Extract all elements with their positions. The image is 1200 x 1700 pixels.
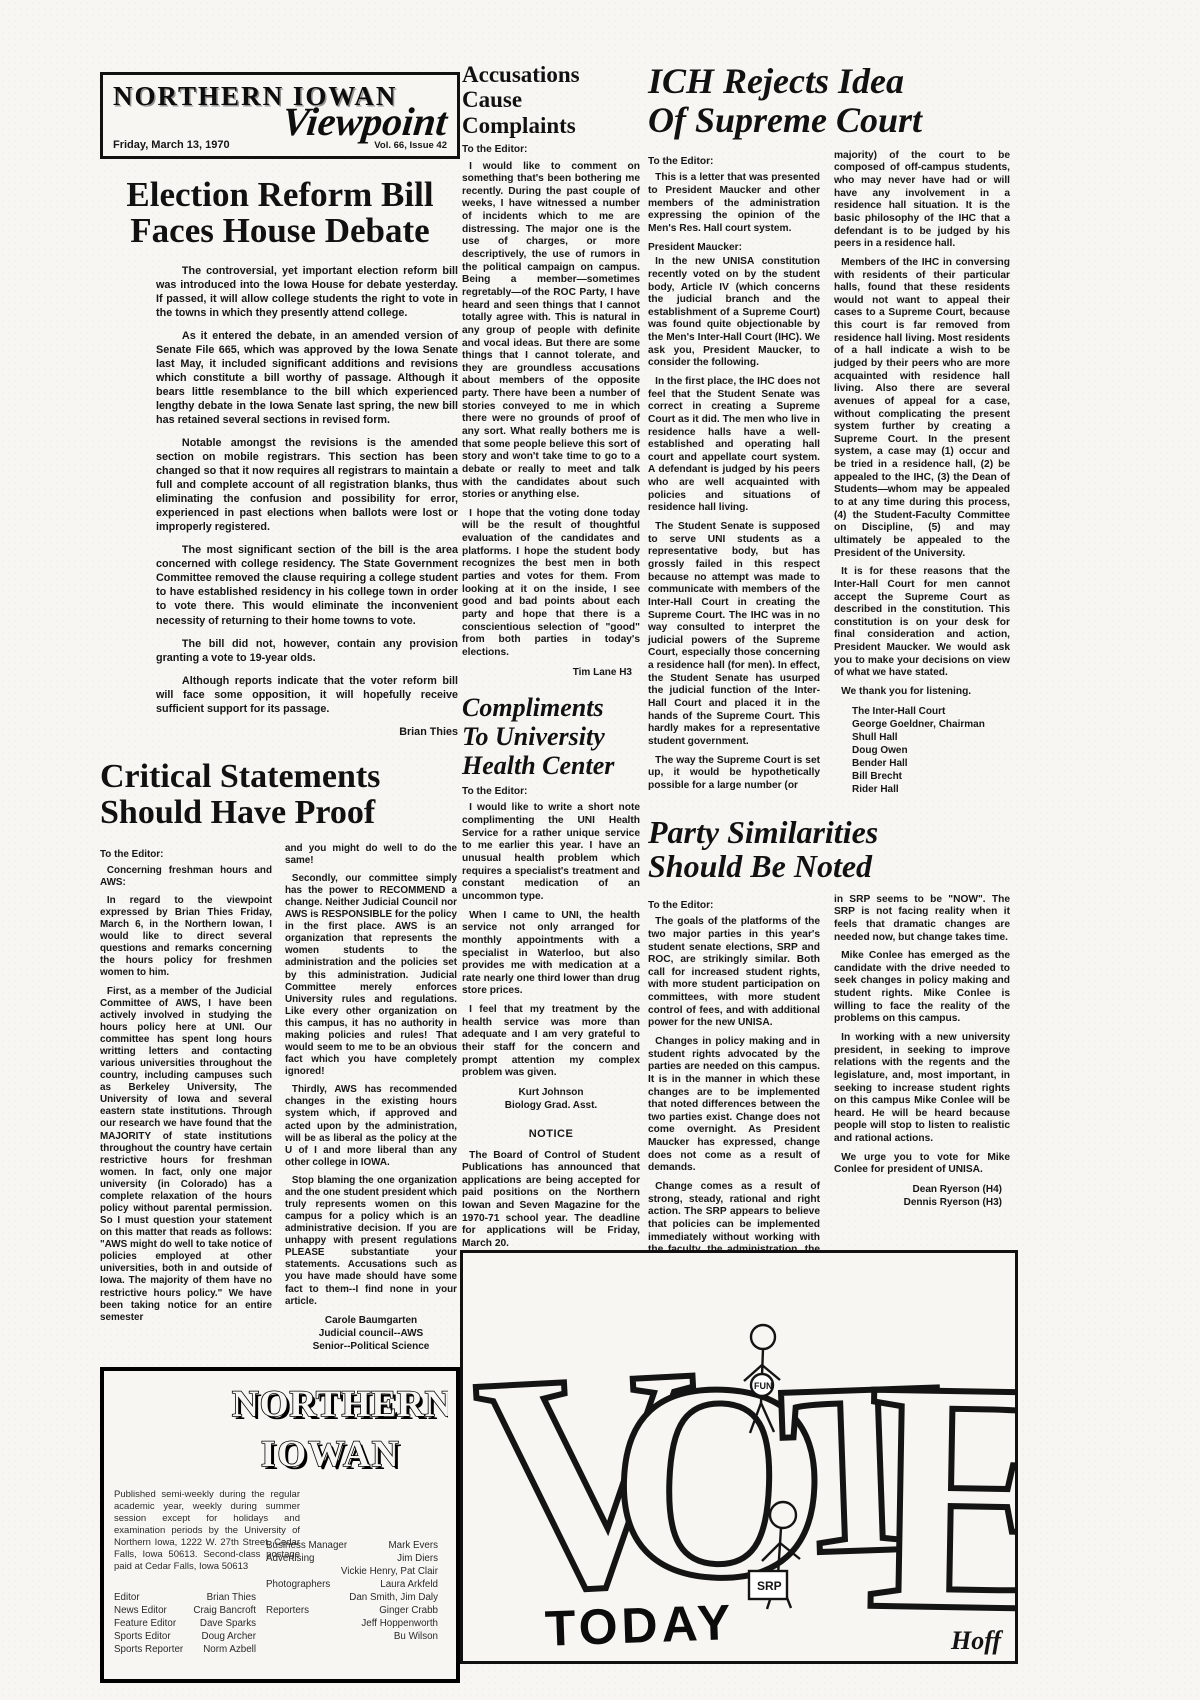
paragraph: As it entered the debate, in an amended … (156, 329, 458, 427)
artist-signature: Hoff (950, 1626, 1003, 1655)
party-column-a: To the Editor: The goals of the platform… (648, 894, 820, 1289)
compliments-headline: Compliments To University Health Center (462, 693, 640, 780)
critical-column-a: To the Editor: Concerning freshman hours… (100, 843, 272, 1353)
cartoon-caption: TODAY (544, 1594, 735, 1657)
article-compliments: Compliments To University Health Center … (462, 693, 640, 1112)
paragraph: majority) of the court to be composed of… (834, 150, 1010, 251)
srp-badge-label: SRP (757, 1579, 782, 1593)
election-headline: Election Reform Bill Faces House Debate (100, 177, 460, 250)
vote-cartoon: V O T E FUN SRP TODAY H (460, 1250, 1018, 1664)
staff-row: Sports EditorDoug Archer (114, 1630, 256, 1643)
accusations-headline: Accusations Cause Complaints (462, 62, 640, 138)
paragraph: Members of the IHC in conversing with re… (834, 257, 1010, 560)
staff-row: EditorBrian Thies (114, 1591, 256, 1604)
nameplate-edition: Viewpoint (111, 98, 450, 145)
masthead-box: NORTHERN NORTHERN IOWAN IOWAN Published … (100, 1367, 460, 1683)
svg-text:IOWAN: IOWAN (261, 1434, 401, 1475)
staff-row: Bu Wilson (266, 1630, 438, 1643)
critical-headline: Critical Statements Should Have Proof (100, 759, 460, 831)
paragraph: The controversial, yet important electio… (156, 264, 458, 320)
newspaper-page: { "nameplate": { "title": "NORTHERN IOWA… (0, 0, 1200, 1700)
paragraph: and you might do well to do the same! (285, 843, 457, 867)
paragraph: I would like to comment on something tha… (462, 161, 640, 502)
paragraph: Although reports indicate that the voter… (156, 674, 458, 716)
paragraph: When I came to UNI, the health service n… (462, 910, 640, 998)
paragraph: Thirdly, AWS has recommended changes in … (285, 1084, 457, 1169)
letters-column: Accusations Cause Complaints To the Edit… (462, 62, 640, 1257)
masthead-logo-iowan: IOWAN IOWAN (256, 1431, 406, 1479)
signature-block: Dean Ryerson (H4) Dennis Ryerson (H3) (834, 1183, 1010, 1209)
paragraph: Mike Conlee has emerged as the candidate… (834, 950, 1010, 1026)
staff-row: Feature EditorDave Sparks (114, 1617, 256, 1630)
notice-block: NOTICE The Board of Control of Student P… (462, 1128, 640, 1251)
vote-cartoon-drawing: V O T E FUN SRP TODAY H (463, 1253, 1015, 1661)
ich-column-a: To the Editor: This is a letter that was… (648, 150, 820, 799)
critical-column-b: and you might do well to do the same! Se… (285, 843, 457, 1353)
staff-row: Dan Smith, Jim Daly (266, 1591, 438, 1604)
paragraph: Notable amongst the revisions is the ame… (156, 436, 458, 534)
nameplate: NORTHERN IOWAN Viewpoint Friday, March 1… (100, 72, 460, 159)
article-election-reform: Election Reform Bill Faces House Debate … (100, 177, 460, 739)
article-party: Party Similarities Should Be Noted To th… (648, 815, 1012, 1289)
staff-row: ReportersGinger Crabb (266, 1604, 438, 1617)
paragraph: In the first place, the IHC does not fee… (648, 376, 820, 515)
paragraph: The most significant section of the bill… (156, 543, 458, 627)
svg-text:NORTHERN: NORTHERN (232, 1384, 448, 1425)
party-headline: Party Similarities Should Be Noted (648, 815, 1012, 884)
salutation: To the Editor: (648, 900, 820, 913)
paragraph: The goals of the platforms of the two ma… (648, 916, 820, 1030)
paragraph: Secondly, our committee simply has the p… (285, 873, 457, 1078)
salutation: To the Editor: (462, 786, 640, 799)
paragraph: The bill did not, however, contain any p… (156, 637, 458, 665)
staff-row: Sports ReporterNorm Azbell (114, 1643, 256, 1656)
signature-block: Tim Lane H3 (462, 666, 640, 679)
signature-block: Carole Baumgarten Judicial council--AWS … (285, 1314, 457, 1353)
staff-row: News EditorCraig Bancroft (114, 1604, 256, 1617)
staff-row: Vickie Henry, Pat Clair (266, 1565, 438, 1578)
staff-list-right: Business ManagerMark Evers AdvertisingJi… (266, 1539, 438, 1643)
ich-column-b: majority) of the court to be composed of… (834, 150, 1010, 799)
left-column: NORTHERN IOWAN Viewpoint Friday, March 1… (100, 72, 460, 1683)
paragraph: This is a letter that was presented to P… (648, 172, 820, 235)
paragraph: In working with a new university preside… (834, 1032, 1010, 1146)
paragraph: I feel that my treatment by the health s… (462, 1004, 640, 1080)
byline: Brian Thies (156, 725, 458, 739)
staff-row: Jeff Hoppenworth (266, 1617, 438, 1630)
notice-text: The Board of Control of Student Publicat… (462, 1150, 640, 1251)
article-critical-statements: Critical Statements Should Have Proof To… (100, 759, 460, 1353)
closing-line: We thank you for listening. (834, 686, 1010, 699)
paragraph: It is for these reasons that the Inter-H… (834, 566, 1010, 680)
paragraph: in SRP seems to be "NOW". The SRP is not… (834, 894, 1010, 945)
paragraph: In the new UNISA constitution recently v… (648, 256, 820, 370)
article-accusations: Accusations Cause Complaints To the Edit… (462, 62, 640, 679)
paragraph: I would like to write a short note compl… (462, 802, 640, 903)
staff-row: Business ManagerMark Evers (266, 1539, 438, 1552)
right-section: ICH Rejects Idea Of Supreme Court To the… (648, 62, 1012, 1288)
fun-badge-label: FUN (754, 1381, 773, 1391)
salutation: To the Editor: (100, 849, 272, 861)
paragraph: Concerning freshman hours and AWS: (100, 865, 272, 889)
notice-title: NOTICE (462, 1128, 640, 1142)
staff-row: PhotographersLaura Arkfeld (266, 1578, 438, 1591)
paragraph: In regard to the viewpoint expressed by … (100, 895, 272, 980)
signature-block: Kurt Johnson Biology Grad. Asst. (462, 1086, 640, 1112)
ich-headline: ICH Rejects Idea Of Supreme Court (648, 62, 1012, 140)
salutation: To the Editor: (462, 144, 640, 157)
salutation: To the Editor: (648, 156, 820, 169)
paragraph: We urge you to vote for Mike Conlee for … (834, 1152, 1010, 1177)
paragraph: The Student Senate is supposed to serve … (648, 521, 820, 749)
paragraph: First, as a member of the Judicial Commi… (100, 986, 272, 1324)
paragraph: Stop blaming the one organization and th… (285, 1175, 457, 1308)
masthead-logo-northern: NORTHERN NORTHERN (230, 1381, 448, 1429)
staff-list-left: EditorBrian Thies News EditorCraig Bancr… (114, 1591, 256, 1656)
election-body: The controversial, yet important electio… (156, 264, 458, 739)
party-column-b: in SRP seems to be "NOW". The SRP is not… (834, 894, 1010, 1289)
vote-letter-e: E (864, 1313, 1015, 1661)
paragraph: The way the Supreme Court is set up, it … (648, 755, 820, 793)
paragraph: I hope that the voting done today will b… (462, 508, 640, 660)
subhead: President Maucker: (648, 242, 820, 255)
staff-row: AdvertisingJim Diers (266, 1552, 438, 1565)
signature-block: The Inter-Hall Court George Goeldner, Ch… (834, 705, 1010, 796)
paragraph: Changes in policy making and in student … (648, 1036, 820, 1175)
article-ich: ICH Rejects Idea Of Supreme Court To the… (648, 62, 1012, 799)
